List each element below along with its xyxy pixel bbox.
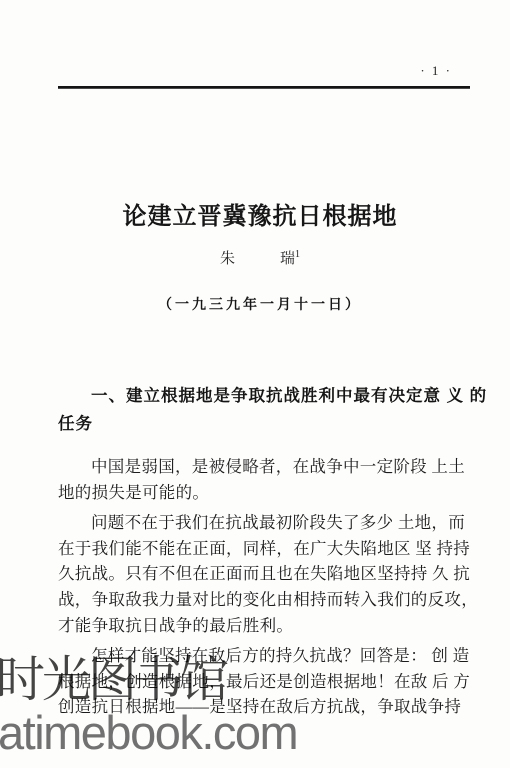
header-rule — [58, 86, 470, 89]
paragraph-line: 怎样才能坚持在敌后方的持久抗战？回答是： 创 造 — [58, 643, 476, 669]
paragraph-line: 问题不在于我们在抗战最初阶段失了多少 土地，而 — [58, 510, 476, 536]
section-heading-line: 一、建立根据地是争取抗战胜利中最有决定意 义 的 — [58, 382, 476, 410]
author-line: 朱 瑞1 — [48, 247, 472, 268]
paragraph-line: 地的损失是可能的。 — [58, 480, 476, 506]
paragraph: 问题不在于我们在抗战最初阶段失了多少 土地，而 在于我们能不能在正面，同样，在广… — [58, 510, 476, 638]
paragraph-line: 才能争取抗日战争的最后胜利。 — [58, 613, 476, 639]
author-name: 朱 瑞 — [220, 251, 295, 267]
paragraph-line: 在于我们能不能在正面，同样，在广大失陷地区 坚 持持 — [58, 536, 476, 562]
section-heading: 一、建立根据地是争取抗战胜利中最有决定意 义 的 任务 — [58, 382, 476, 438]
paragraph: 怎样才能坚持在敌后方的持久抗战？回答是： 创 造 根据地，创造根据地，最后还是创… — [58, 643, 476, 720]
author-footnote-mark: 1 — [295, 249, 300, 260]
article-date: （一九三九年一月十一日） — [48, 294, 472, 314]
paragraph-line: 战，争取敌我力量对比的变化由相持而转入我们的反攻， — [58, 587, 476, 613]
scanned-document-page: · 1 · 论建立晋冀豫抗日根据地 朱 瑞1 （一九三九年一月十一日） 一、建立… — [0, 0, 510, 768]
paragraph-line: 根据地，创造根据地，最后还是创造根据地！在敌 后 方 — [58, 669, 476, 695]
page-number: · 1 · — [420, 63, 452, 79]
body-text: 一、建立根据地是争取抗战胜利中最有决定意 义 的 任务 中国是弱国，是被侵略者，… — [58, 382, 476, 720]
paragraph-line: 中国是弱国，是被侵略者，在战争中一定阶段 上土 — [58, 454, 476, 480]
article-title: 论建立晋冀豫抗日根据地 — [48, 196, 472, 231]
paragraph: 中国是弱国，是被侵略者，在战争中一定阶段 上土 地的损失是可能的。 — [58, 454, 476, 505]
paragraph-line: 创造抗日根据地——是坚持在敌后方抗战，争取战争持 — [58, 694, 476, 720]
paragraph-line: 久抗战。只有不但在正面而且也在失陷地区坚持持 久 抗 — [58, 561, 476, 587]
section-heading-line: 任务 — [58, 410, 476, 438]
